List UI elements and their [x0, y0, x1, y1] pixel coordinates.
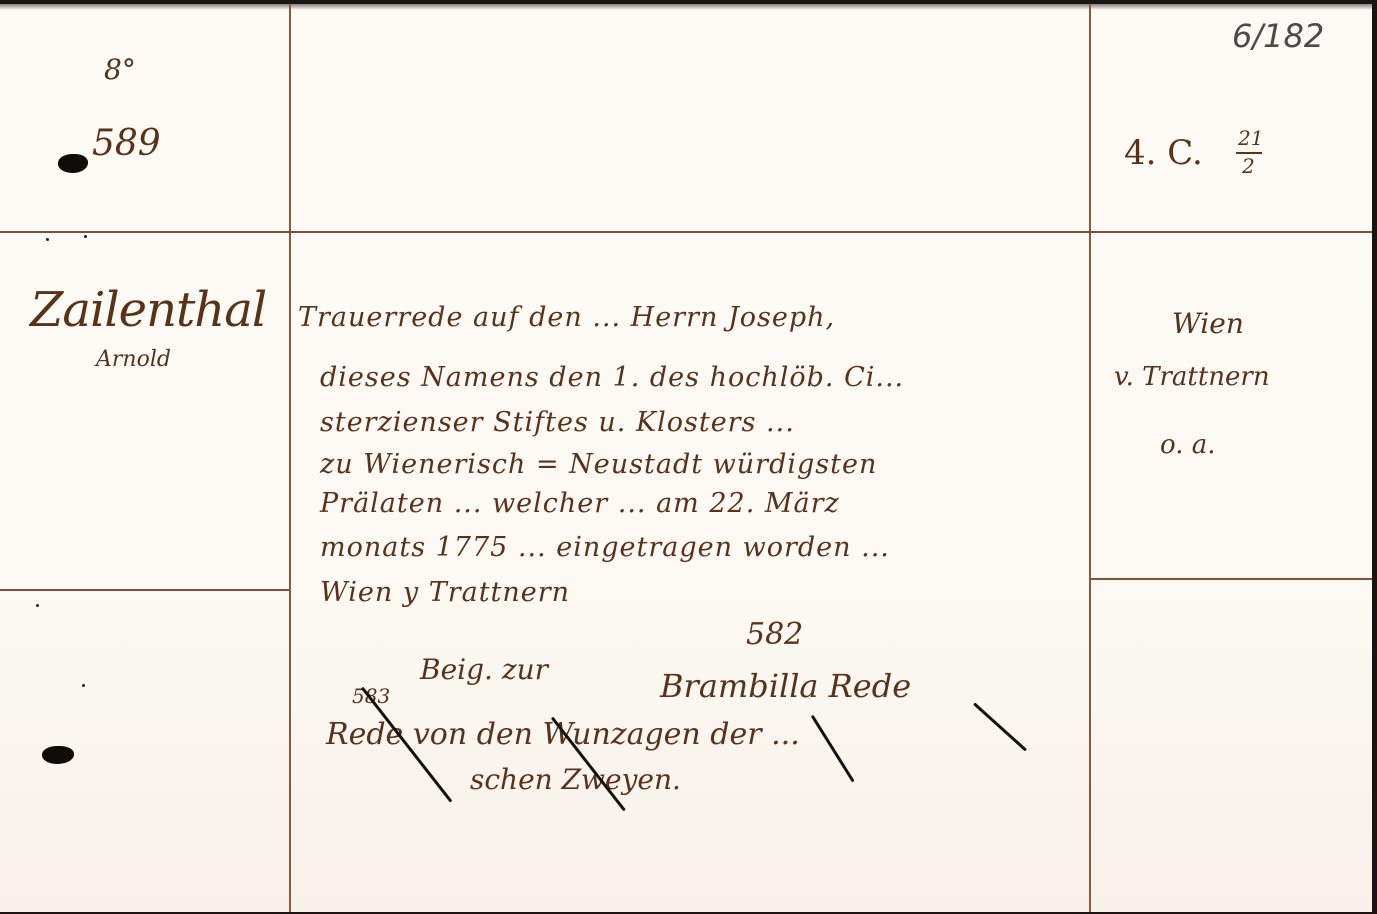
entry-line: Trauerrede auf den ... Herrn Joseph,	[298, 304, 835, 331]
given-name: Arnold	[96, 349, 171, 371]
ink-dot	[82, 684, 85, 687]
entry-line: Prälaten ... welcher ... am 22. März	[320, 490, 840, 517]
reference-code: 4. C.	[1124, 136, 1203, 170]
entry-line: Wien y Trattnern	[320, 579, 570, 606]
entry-number: 589	[92, 126, 161, 162]
ink-dot	[46, 238, 49, 241]
ink-dot	[36, 604, 39, 607]
strike-mark	[973, 702, 1027, 751]
ink-blot-top	[58, 154, 88, 173]
note-prefix: Beig. zur	[420, 656, 548, 684]
rule-vertical-left	[289, 4, 291, 912]
place-line: Wien	[1172, 310, 1244, 338]
rule-horizontal-right-lower	[1090, 578, 1372, 580]
ink-blot-bottom	[42, 746, 74, 764]
ink-dot	[84, 235, 87, 238]
rule-vertical-right	[1089, 4, 1091, 912]
entry-line: dieses Namens den 1. des hochlöb. Ci...	[320, 364, 904, 391]
rule-horizontal-left-lower	[0, 589, 290, 591]
publisher-line: v. Trattnern	[1114, 364, 1270, 390]
index-card: 8° 589 6/182 4. C. 21 2 Zailenthal Arnol…	[0, 4, 1372, 912]
cross-ref-number: 582	[746, 620, 803, 650]
surname: Zailenthal	[30, 286, 266, 334]
annotation-line-b: schen Zweyen.	[470, 766, 681, 794]
format-mark: 8°	[104, 56, 136, 84]
date-line: o. a.	[1160, 432, 1216, 458]
entry-line: zu Wienerisch = Neustadt würdigsten	[320, 451, 877, 478]
rule-horizontal-header	[0, 231, 1372, 233]
reference-fraction-num: 21	[1238, 128, 1263, 148]
strike-mark	[811, 715, 855, 783]
archive-signature: 6/182	[1232, 20, 1324, 52]
cross-ref-name: Brambilla Rede	[660, 670, 911, 702]
reference-fraction-den: 2	[1242, 156, 1255, 176]
entry-line: sterzienser Stiftes u. Klosters ...	[320, 409, 795, 436]
entry-line: monats 1775 ... eingetragen worden ...	[320, 534, 890, 561]
